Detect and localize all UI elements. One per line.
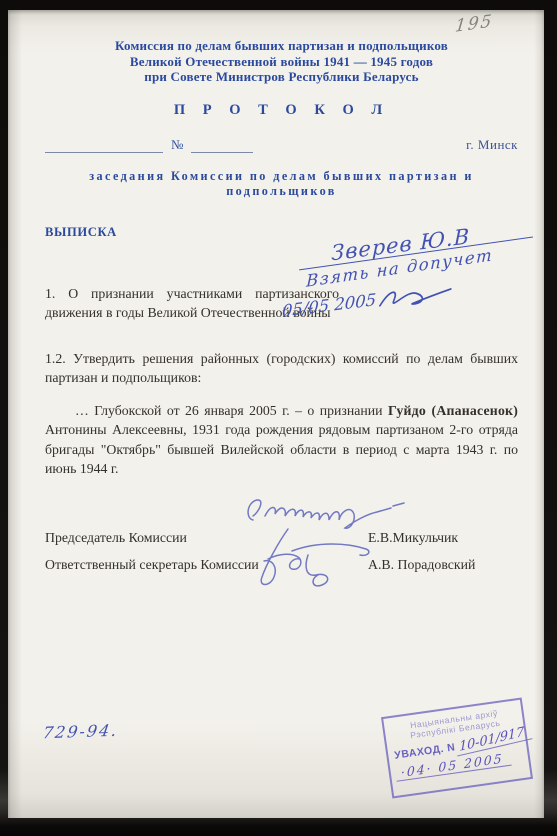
handwritten-file-number: 729-94. [42,721,120,743]
letterhead-line3: при Совете Министров Республики Беларусь [45,69,518,85]
annotation-date-text: 05/05 2005 [282,290,377,321]
number-sign: № [171,137,183,153]
protocol-number-blanks: № [45,137,253,153]
decision-part1: … Глубокской от 26 января 2005 г. – о пр… [75,403,388,418]
secretary-title: Ответственный секретарь Комиссии [45,556,260,575]
document-page: 195 Комиссия по делам бывших партизан и … [8,10,544,818]
number-city-line: № г. Минск [45,137,518,153]
letterhead-line1: Комиссия по делам бывших партизан и подп… [45,38,518,54]
number-blank-line [191,140,253,153]
protocol-subtitle: заседания Комиссии по делам бывших парти… [45,169,518,199]
page-content: 195 Комиссия по делам бывших партизан и … [8,10,544,818]
pencil-page-number: 195 [454,11,494,37]
document-title: П Р О Т О К О Л [45,102,518,119]
item-1-2-paragraph: 1.2. Утвердить решения районных (городск… [45,349,518,388]
chairman-title: Председатель Комиссии [45,529,260,548]
letterhead-line2: Великой Отечественной войны 1941 — 1945 … [45,54,518,70]
date-blank-line [45,140,163,153]
city-label: г. Минск [466,137,518,153]
decision-part2: Антонины Алексеевны, 1931 года рождения … [45,422,518,476]
secretary-name: А.В. Порадовский [368,556,518,573]
letterhead: Комиссия по делам бывших партизан и подп… [45,38,518,85]
decision-paragraph: … Глубокской от 26 января 2005 г. – о пр… [45,401,518,479]
secretary-signature-scribble [248,525,378,593]
archive-entry-stamp: Нацыянальны архіў Рэспублікі Беларусь УВ… [381,698,533,799]
decision-person-name: Гуйдо (Апанасенок) [388,403,518,418]
annotation-signature-flourish [375,274,454,314]
